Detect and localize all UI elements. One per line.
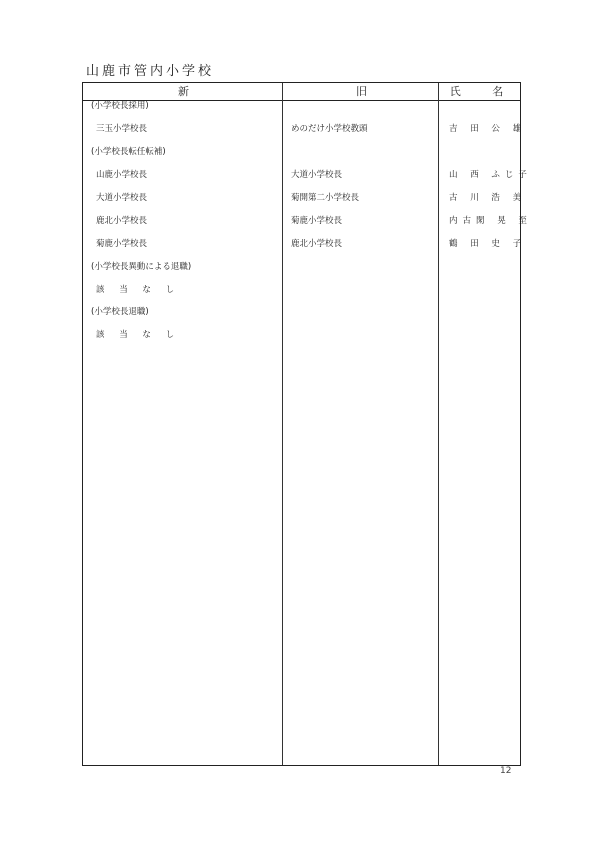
- table-row-old-position: 鹿北小学校長: [291, 239, 342, 250]
- header-name: 氏 名: [439, 83, 520, 100]
- table-row-old-position: めのだけ小学校教頭: [291, 124, 368, 135]
- table-row-person-name: 山 西 ふじ子: [449, 170, 532, 181]
- table-row-new-position: 三玉小学校長: [96, 124, 147, 135]
- table-row-person-name: 古 川 浩 美: [449, 193, 526, 204]
- table-row-new-position: 鹿北小学校長: [96, 216, 147, 227]
- table-row-old-position: 菊鹿小学校長: [291, 216, 342, 227]
- section-label: (小学校長採用): [91, 101, 149, 112]
- personnel-table: 新 旧 氏 名 (小学校長採用) 三玉小学校長 めのだけ小学校教頭 吉 田 公 …: [82, 82, 521, 766]
- section-label: (小学校長転任転補): [91, 147, 166, 158]
- none-applicable-text: 該 当 な し: [96, 330, 180, 341]
- table-row-new-position: 山鹿小学校長: [96, 170, 147, 181]
- table-row-person-name: 鶴 田 史 子: [449, 239, 526, 250]
- table-row-new-position: 菊鹿小学校長: [96, 239, 147, 250]
- table-row-new-position: 大道小学校長: [96, 193, 147, 204]
- document-title: 山鹿市管内小学校: [86, 60, 214, 79]
- section-label: (小学校長退職): [91, 307, 149, 318]
- column-divider: [282, 83, 283, 765]
- header-new: 新: [83, 83, 284, 100]
- none-applicable-text: 該 当 な し: [96, 285, 180, 296]
- table-header-row: 新 旧 氏 名: [83, 83, 520, 101]
- column-divider: [438, 83, 439, 765]
- table-row-old-position: 大道小学校長: [291, 170, 342, 181]
- table-row-person-name: 内古閑 晃 至: [449, 216, 532, 227]
- section-label: (小学校長異動による退職): [91, 262, 191, 273]
- header-old: 旧: [284, 83, 439, 100]
- table-row-old-position: 菊開第二小学校長: [291, 193, 359, 204]
- page-number: 12: [500, 766, 511, 776]
- table-row-person-name: 吉 田 公 雄: [449, 124, 526, 135]
